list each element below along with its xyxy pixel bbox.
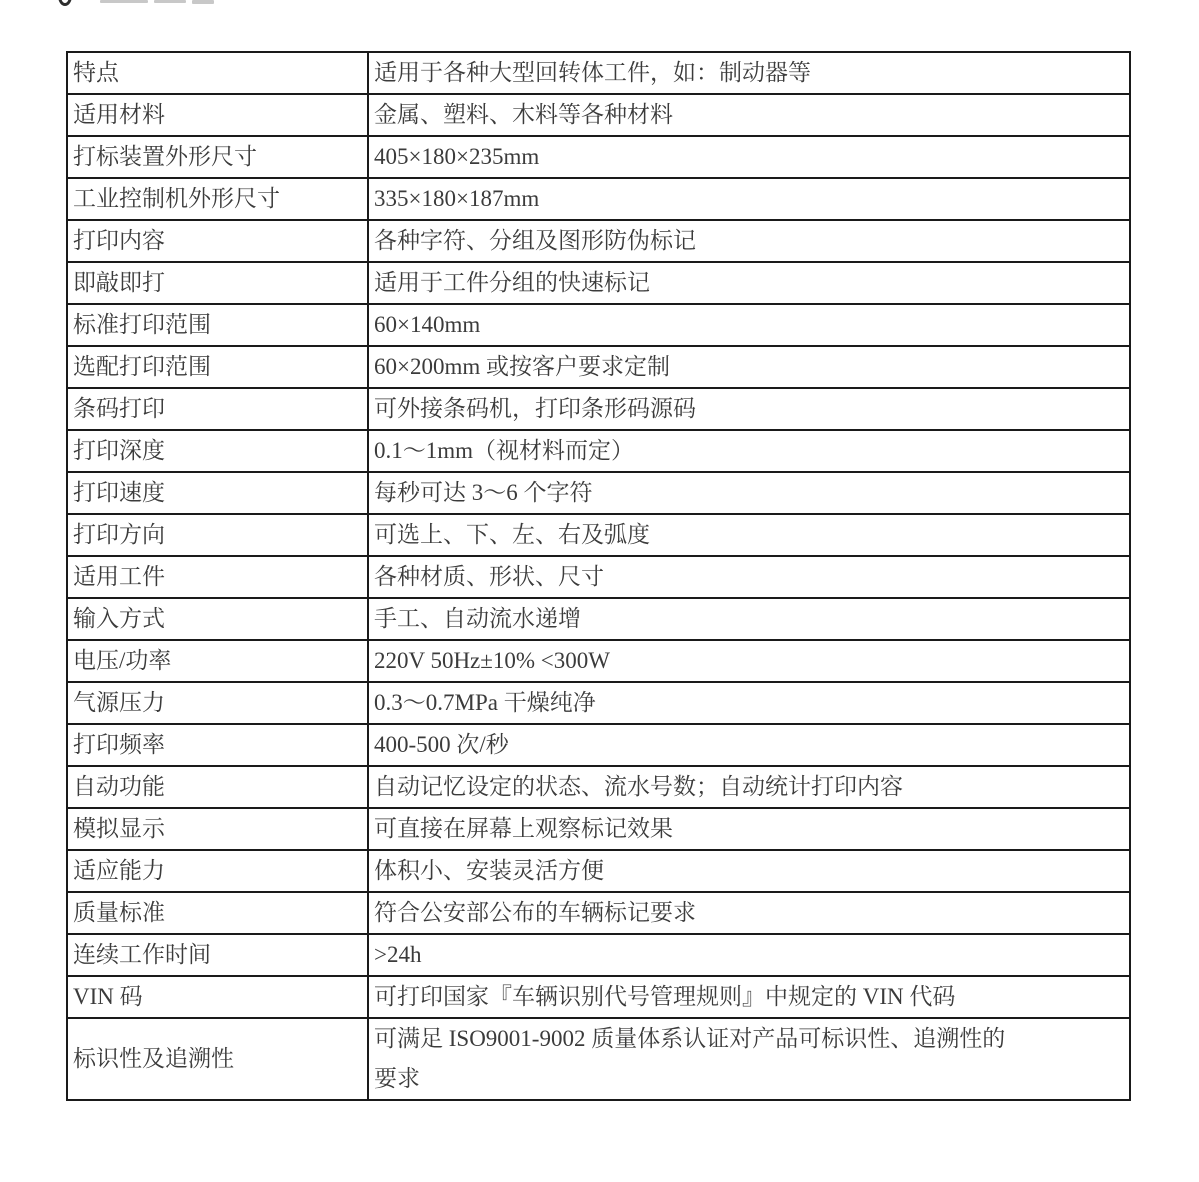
spec-label: 适用工件 bbox=[67, 556, 368, 598]
spec-value: 金属、塑料、木料等各种材料 bbox=[368, 94, 1130, 136]
spec-label: 打印内容 bbox=[67, 220, 368, 262]
spec-value: 各种字符、分组及图形防伪标记 bbox=[368, 220, 1130, 262]
spec-value: 适用于工件分组的快速标记 bbox=[368, 262, 1130, 304]
spec-value: 可直接在屏幕上观察标记效果 bbox=[368, 808, 1130, 850]
table-row: 打印频率 400-500 次/秒 bbox=[67, 724, 1130, 766]
spec-label: 输入方式 bbox=[67, 598, 368, 640]
spec-label: 气源压力 bbox=[67, 682, 368, 724]
spec-label: 选配打印范围 bbox=[67, 346, 368, 388]
cropped-text-fragment bbox=[0, 0, 240, 10]
cropped-text-smudge bbox=[192, 0, 214, 4]
table-row: 输入方式 手工、自动流水递增 bbox=[67, 598, 1130, 640]
spec-value: 335×180×187mm bbox=[368, 178, 1130, 220]
table-row: 模拟显示 可直接在屏幕上观察标记效果 bbox=[67, 808, 1130, 850]
spec-label: VIN 码 bbox=[67, 976, 368, 1018]
spec-value: 60×140mm bbox=[368, 304, 1130, 346]
cropped-glyph-fragment bbox=[58, 0, 72, 6]
table-row: 即敲即打 适用于工件分组的快速标记 bbox=[67, 262, 1130, 304]
table-row: 打印深度 0.1～1mm（视材料而定） bbox=[67, 430, 1130, 472]
spec-value: 适用于各种大型回转体工件，如：制动器等 bbox=[368, 52, 1130, 94]
spec-table: 特点 适用于各种大型回转体工件，如：制动器等 适用材料 金属、塑料、木料等各种材… bbox=[66, 51, 1131, 1101]
spec-value: 可满足 ISO9001-9002 质量体系认证对产品可标识性、追溯性的 要求 bbox=[368, 1018, 1130, 1100]
spec-label: 适用材料 bbox=[67, 94, 368, 136]
spec-value: 可外接条码机，打印条形码源码 bbox=[368, 388, 1130, 430]
table-row: 选配打印范围 60×200mm 或按客户要求定制 bbox=[67, 346, 1130, 388]
spec-value: 可打印国家『车辆识别代号管理规则』中规定的 VIN 代码 bbox=[368, 976, 1130, 1018]
spec-value: 各种材质、形状、尺寸 bbox=[368, 556, 1130, 598]
spec-value: 0.1～1mm（视材料而定） bbox=[368, 430, 1130, 472]
table-row: 质量标准 符合公安部公布的车辆标记要求 bbox=[67, 892, 1130, 934]
spec-value: 自动记忆设定的状态、流水号数；自动统计打印内容 bbox=[368, 766, 1130, 808]
spec-label: 条码打印 bbox=[67, 388, 368, 430]
table-row: 打印内容 各种字符、分组及图形防伪标记 bbox=[67, 220, 1130, 262]
spec-label: 电压/功率 bbox=[67, 640, 368, 682]
spec-value: 符合公安部公布的车辆标记要求 bbox=[368, 892, 1130, 934]
spec-value: 400-500 次/秒 bbox=[368, 724, 1130, 766]
table-row: 适用工件 各种材质、形状、尺寸 bbox=[67, 556, 1130, 598]
spec-label: 打标装置外形尺寸 bbox=[67, 136, 368, 178]
spec-value: 405×180×235mm bbox=[368, 136, 1130, 178]
spec-value: 220V 50Hz±10% <300W bbox=[368, 640, 1130, 682]
table-row: 适应能力 体积小、安装灵活方便 bbox=[67, 850, 1130, 892]
spec-value: 手工、自动流水递增 bbox=[368, 598, 1130, 640]
table-row: 标识性及追溯性 可满足 ISO9001-9002 质量体系认证对产品可标识性、追… bbox=[67, 1018, 1130, 1100]
cropped-text-smudge bbox=[100, 0, 148, 3]
spec-label: 特点 bbox=[67, 52, 368, 94]
spec-label: 打印方向 bbox=[67, 514, 368, 556]
spec-label: 连续工作时间 bbox=[67, 934, 368, 976]
table-row: VIN 码 可打印国家『车辆识别代号管理规则』中规定的 VIN 代码 bbox=[67, 976, 1130, 1018]
table-row: 标准打印范围 60×140mm bbox=[67, 304, 1130, 346]
cropped-text-smudge bbox=[154, 0, 186, 3]
spec-label: 打印频率 bbox=[67, 724, 368, 766]
spec-label: 即敲即打 bbox=[67, 262, 368, 304]
table-row: 适用材料 金属、塑料、木料等各种材料 bbox=[67, 94, 1130, 136]
table-row: 气源压力 0.3～0.7MPa 干燥纯净 bbox=[67, 682, 1130, 724]
table-row: 条码打印 可外接条码机，打印条形码源码 bbox=[67, 388, 1130, 430]
spec-label: 适应能力 bbox=[67, 850, 368, 892]
spec-label: 标准打印范围 bbox=[67, 304, 368, 346]
table-row: 自动功能 自动记忆设定的状态、流水号数；自动统计打印内容 bbox=[67, 766, 1130, 808]
spec-table-body: 特点 适用于各种大型回转体工件，如：制动器等 适用材料 金属、塑料、木料等各种材… bbox=[67, 52, 1130, 1100]
spec-label: 打印速度 bbox=[67, 472, 368, 514]
spec-label: 打印深度 bbox=[67, 430, 368, 472]
spec-value: 每秒可达 3～6 个字符 bbox=[368, 472, 1130, 514]
spec-label: 自动功能 bbox=[67, 766, 368, 808]
spec-value: >24h bbox=[368, 934, 1130, 976]
table-row: 连续工作时间 >24h bbox=[67, 934, 1130, 976]
spec-label: 模拟显示 bbox=[67, 808, 368, 850]
table-row: 特点 适用于各种大型回转体工件，如：制动器等 bbox=[67, 52, 1130, 94]
spec-label: 质量标准 bbox=[67, 892, 368, 934]
spec-label: 工业控制机外形尺寸 bbox=[67, 178, 368, 220]
spec-label: 标识性及追溯性 bbox=[67, 1018, 368, 1100]
table-row: 打印方向 可选上、下、左、右及弧度 bbox=[67, 514, 1130, 556]
table-row: 打标装置外形尺寸 405×180×235mm bbox=[67, 136, 1130, 178]
spec-value: 体积小、安装灵活方便 bbox=[368, 850, 1130, 892]
table-row: 工业控制机外形尺寸 335×180×187mm bbox=[67, 178, 1130, 220]
table-row: 打印速度 每秒可达 3～6 个字符 bbox=[67, 472, 1130, 514]
spec-value: 可选上、下、左、右及弧度 bbox=[368, 514, 1130, 556]
spec-value: 0.3～0.7MPa 干燥纯净 bbox=[368, 682, 1130, 724]
spec-value: 60×200mm 或按客户要求定制 bbox=[368, 346, 1130, 388]
table-row: 电压/功率 220V 50Hz±10% <300W bbox=[67, 640, 1130, 682]
document-page: 特点 适用于各种大型回转体工件，如：制动器等 适用材料 金属、塑料、木料等各种材… bbox=[0, 0, 1199, 1182]
